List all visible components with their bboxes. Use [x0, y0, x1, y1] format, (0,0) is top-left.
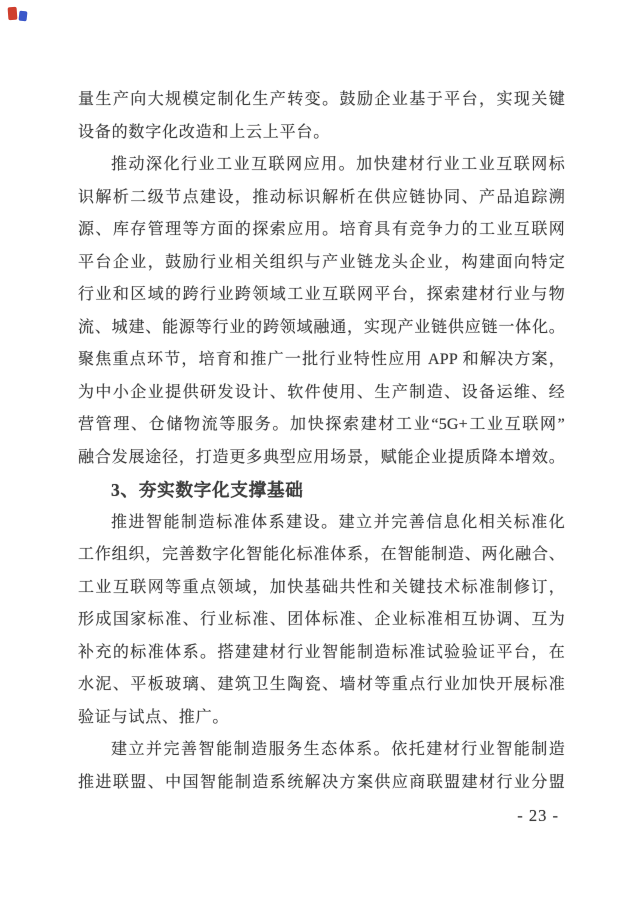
text-line: 补充的标准体系。搭建建材行业智能制造标准试验验证平台，在	[78, 637, 565, 670]
text-line: 3、夯实数字化支撑基础	[78, 474, 565, 507]
text-line: 验证与试点、推广。	[78, 702, 565, 735]
text-line: 工业互联网等重点领域，加快基础共性和关键技术标准制修订，	[78, 572, 565, 605]
text-line: 设备的数字化改造和上云上平台。	[78, 117, 565, 150]
page-number: - 23 -	[517, 806, 559, 826]
text-line: 流、城建、能源等行业的跨领域融通，实现产业链供应链一体化。	[78, 312, 565, 345]
text-line: 推进智能制造标准体系建设。建立并完善信息化相关标准化	[78, 507, 565, 540]
text-line: 识解析二级节点建设，推动标识解析在供应链协同、产品追踪溯	[78, 182, 565, 215]
text-line: 行业和区域的跨行业跨领域工业互联网平台，探索建材行业与物	[78, 279, 565, 312]
corner-stamp-red-shape	[8, 7, 18, 21]
text-line: 融合发展途径，打造更多典型应用场景，赋能企业提质降本增效。	[78, 442, 565, 475]
corner-stamp-icon	[8, 6, 30, 22]
text-line: 形成国家标准、行业标准、团体标准、企业标准相互协调、互为	[78, 604, 565, 637]
text-line: 平台企业，鼓励行业相关组织与产业链龙头企业，构建面向特定	[78, 247, 565, 280]
text-line: 推动深化行业工业互联网应用。加快建材行业工业互联网标	[78, 149, 565, 182]
text-line: 源、库存管理等方面的探索应用。培育具有竞争力的工业互联网	[78, 214, 565, 247]
text-line: 推进联盟、中国智能制造系统解决方案供应商联盟建材行业分盟	[78, 767, 565, 800]
text-line: 量生产向大规模定制化生产转变。鼓励企业基于平台，实现关键	[78, 84, 565, 117]
text-line: 建立并完善智能制造服务生态体系。依托建材行业智能制造	[78, 734, 565, 767]
text-line: 水泥、平板玻璃、建筑卫生陶瓷、墙材等重点行业加快开展标准	[78, 669, 565, 702]
corner-stamp-blue-shape	[18, 11, 27, 22]
text-line: 营管理、仓储物流等服务。加快探索建材工业“5G+工业互联网”	[78, 409, 565, 442]
text-line: 聚焦重点环节，培育和推广一批行业特性应用 APP 和解决方案，	[78, 344, 565, 377]
document-body: 量生产向大规模定制化生产转变。鼓励企业基于平台，实现关键 设备的数字化改造和上云…	[78, 84, 565, 799]
text-line: 工作组织，完善数字化智能化标准体系，在智能制造、两化融合、	[78, 539, 565, 572]
document-page: 量生产向大规模定制化生产转变。鼓励企业基于平台，实现关键 设备的数字化改造和上云…	[0, 0, 641, 907]
text-line: 为中小企业提供研发设计、软件使用、生产制造、设备运维、经	[78, 377, 565, 410]
